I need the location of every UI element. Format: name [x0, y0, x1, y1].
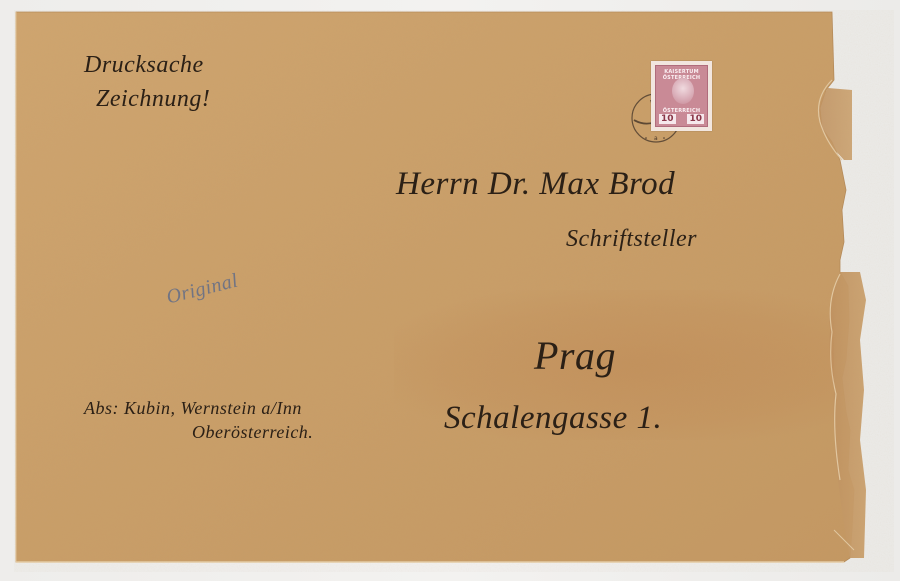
- annotation-zeichnung: Zeichnung!: [96, 86, 210, 113]
- sender-line2: Oberösterreich.: [192, 422, 313, 443]
- stamp-design: KAISERTUM ÖSTERREICH ÖSTERREICH 10 10: [655, 65, 708, 127]
- recipient-city: Prag: [534, 332, 616, 379]
- envelope: W a KAISERTUM ÖSTERREICH ÖSTERREICH 10 1…: [14, 10, 894, 572]
- recipient-name: Herrn Dr. Max Brod: [396, 166, 675, 203]
- stamp-value-right: 10: [687, 114, 704, 124]
- recipient-street: Schalengasse 1.: [444, 400, 662, 437]
- svg-text:a: a: [654, 135, 658, 142]
- postage-stamp: KAISERTUM ÖSTERREICH ÖSTERREICH 10 10: [651, 61, 712, 131]
- stamp-value-left: 10: [659, 114, 676, 124]
- photo-background: W a KAISERTUM ÖSTERREICH ÖSTERREICH 10 1…: [0, 0, 900, 581]
- sender-line1: Abs: Kubin, Wernstein a/Inn: [84, 398, 302, 419]
- emperor-portrait-icon: [672, 78, 694, 104]
- annotation-drucksache: Drucksache: [84, 52, 204, 79]
- recipient-occupation: Schriftsteller: [566, 226, 697, 253]
